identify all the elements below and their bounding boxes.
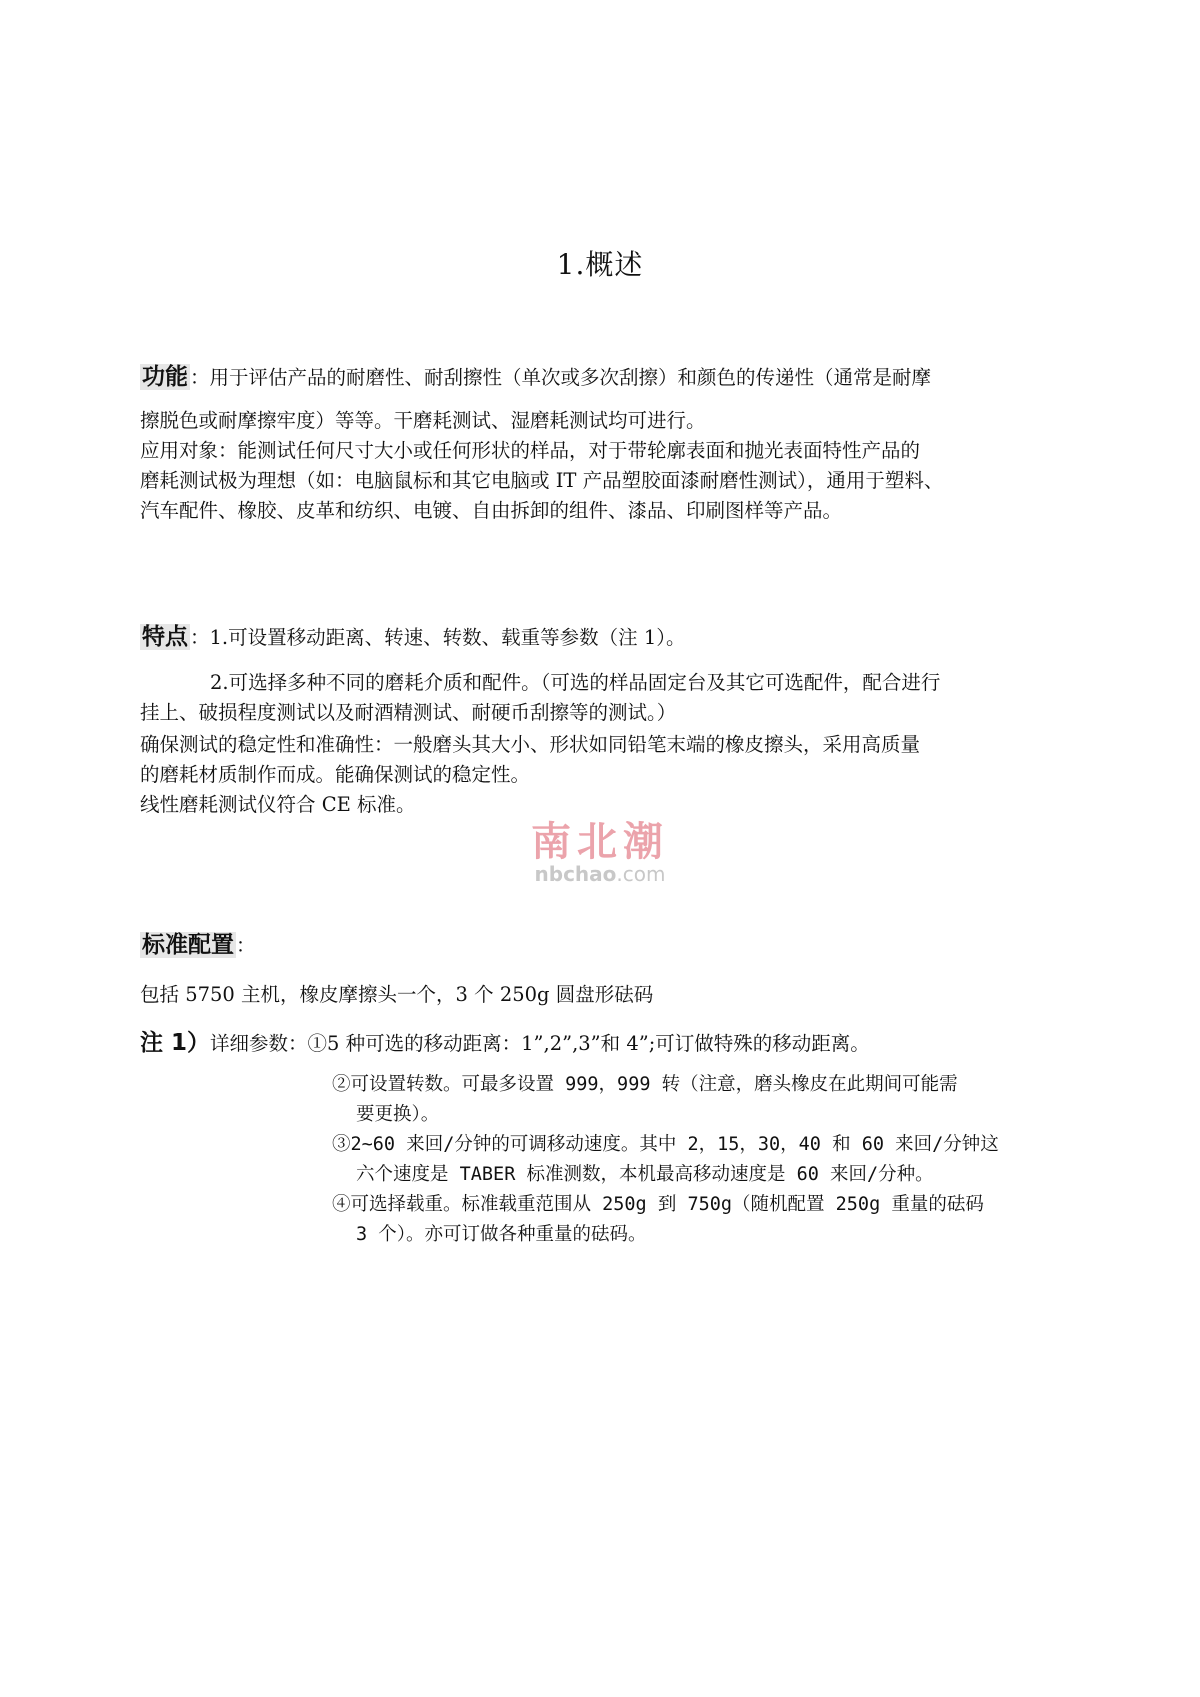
stability-line-2: 的磨耗材质制作而成。能确保测试的稳定性。 — [140, 760, 1120, 790]
function-line-2: 擦脱色或耐摩擦牢度）等等。干磨耗测试、湿磨耗测试均可进行。 — [140, 406, 1120, 436]
note1-item4-b: 3 个）。亦可订做各种重量的砝码。 — [356, 1220, 1200, 1250]
document-page: 1.概述 功能：用于评估产品的耐磨性、耐刮擦性（单次或多次刮擦）和颜色的传递性（… — [0, 0, 1200, 1697]
features-line-2: 2.可选择多种不同的磨耗介质和配件。（可选的样品固定台及其它可选配件，配合进行 — [210, 668, 1190, 698]
watermark-en: nbchao.com — [520, 864, 680, 884]
page-title: 1.概述 — [0, 243, 1200, 283]
function-line-1: 功能：用于评估产品的耐磨性、耐刮擦性（单次或多次刮擦）和颜色的传递性（通常是耐摩 — [140, 362, 1120, 393]
standard-config-label: 标准配置 — [140, 932, 236, 958]
standard-config-heading: 标准配置： — [140, 930, 1120, 961]
watermark-cn: 南北潮 — [520, 820, 680, 864]
function-label: 功能 — [140, 364, 190, 390]
note1-item3-b: 六个速度是 TABER 标准测数，本机最高移动速度是 60 来回/分种。 — [356, 1160, 1200, 1190]
application-line-1: 应用对象：能测试任何尺寸大小或任何形状的样品，对于带轮廓表面和抛光表面特性产品的 — [140, 436, 1120, 466]
standard-config-text: 包括 5750 主机，橡皮摩擦头一个，3 个 250g 圆盘形砝码 — [140, 980, 1120, 1010]
ce-standard-line: 线性磨耗测试仪符合 CE 标准。 — [140, 790, 1120, 820]
note1-item3-a: ③2~60 来回/分钟的可调移动速度。其中 2，15，30，40 和 60 来回… — [332, 1130, 1200, 1160]
watermark-logo: 南北潮 nbchao.com — [520, 820, 680, 884]
features-label: 特点 — [140, 624, 190, 650]
stability-line-1: 确保测试的稳定性和准确性：一般磨头其大小、形状如同铅笔末端的橡皮擦头，采用高质量 — [140, 730, 1120, 760]
application-line-2: 磨耗测试极为理想（如：电脑鼠标和其它电脑或 IT 产品塑胶面漆耐磨性测试），通用… — [140, 466, 1120, 496]
application-line-3: 汽车配件、橡胶、皮革和纺织、电镀、自由拆卸的组件、漆品、印刷图样等产品。 — [140, 496, 1120, 526]
note1-item2-a: ②可设置转数。可最多设置 999，999 转（注意，磨头橡皮在此期间可能需 — [332, 1070, 1200, 1100]
note1-item2-b: 要更换）。 — [356, 1100, 1200, 1130]
note1-label: 注 1） — [140, 1030, 210, 1056]
features-line-3: 挂上、破损程度测试以及耐酒精测试、耐硬币刮擦等的测试。） — [140, 698, 1120, 728]
note1-line-1: 注 1）详细参数：①5 种可选的移动距离：1”,2”,3”和 4”;可订做特殊的… — [140, 1028, 1120, 1059]
note1-item4-a: ④可选择载重。标准载重范围从 250g 到 750g（随机配置 250g 重量的… — [332, 1190, 1200, 1220]
features-line-1: 特点：1.可设置移动距离、转速、转数、载重等参数（注 1）。 — [140, 622, 1120, 653]
